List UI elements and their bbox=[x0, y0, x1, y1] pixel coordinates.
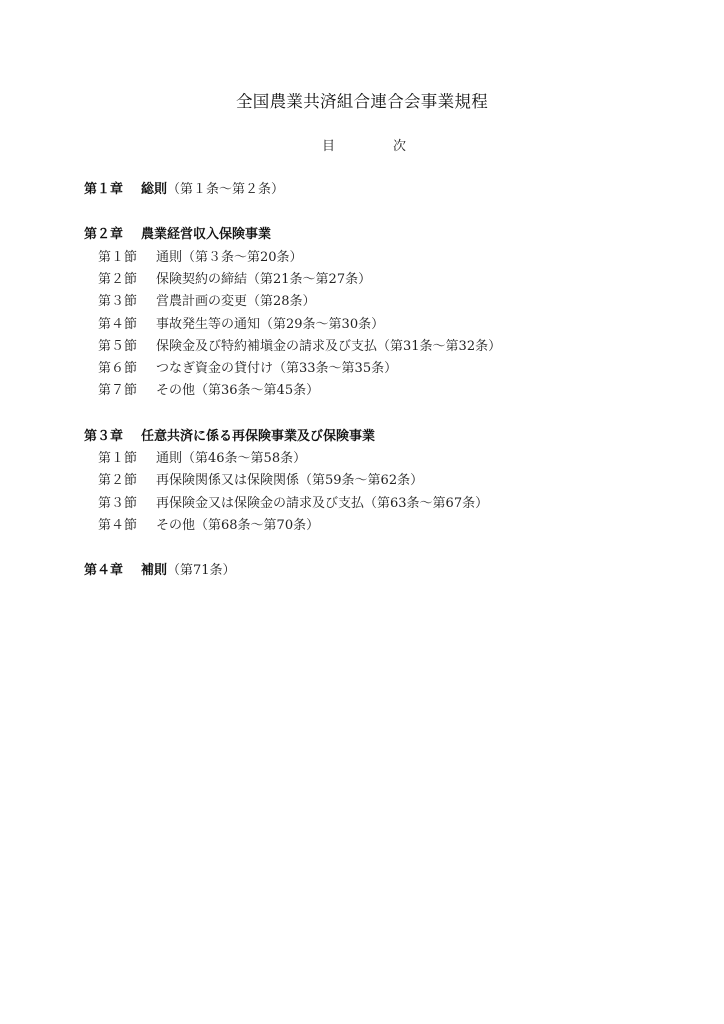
section-title: 再保険金又は保険金の請求及び支払（第63条～第67条） bbox=[156, 496, 488, 511]
section-title: 保険金及び特約補塡金の請求及び支払（第31条～第32条） bbox=[156, 339, 501, 354]
chapter-name: 任意共済に係る再保険事業及び保険事業 bbox=[141, 429, 375, 444]
chapter-2: 第２章農業経営収入保険事業 bbox=[84, 223, 271, 242]
chapter-3: 第３章任意共済に係る再保険事業及び保険事業 bbox=[84, 425, 375, 444]
section-number: 第４節 bbox=[98, 313, 156, 332]
section-number: 第７節 bbox=[98, 379, 156, 398]
section-item: 第２節再保険関係又は保険関係（第59条～第62条） bbox=[98, 469, 423, 488]
section-title: 事故発生等の通知（第29条～第30条） bbox=[156, 317, 384, 332]
chapter-number: 第３章 bbox=[84, 425, 141, 444]
section-item: 第１節通則（第３条～第20条） bbox=[98, 246, 303, 265]
section-title: 保険契約の締結（第21条～第27条） bbox=[156, 272, 371, 287]
chapter-name: 農業経営収入保険事業 bbox=[141, 227, 271, 242]
chapter-range: （第71条） bbox=[167, 563, 236, 578]
section-item: 第５節保険金及び特約補塡金の請求及び支払（第31条～第32条） bbox=[98, 335, 501, 354]
chapter-range: （第１条～第２条） bbox=[167, 182, 284, 197]
section-item: 第１節通則（第46条～第58条） bbox=[98, 447, 306, 466]
section-title: 営農計画の変更（第28条） bbox=[156, 294, 316, 309]
section-number: 第２節 bbox=[98, 469, 156, 488]
section-number: 第３節 bbox=[98, 492, 156, 511]
section-item: 第６節つなぎ資金の貸付け（第33条～第35条） bbox=[98, 357, 397, 376]
section-number: 第４節 bbox=[98, 514, 156, 533]
section-item: 第４節その他（第68条～第70条） bbox=[98, 514, 319, 533]
chapter-number: 第４章 bbox=[84, 559, 141, 578]
section-number: 第１節 bbox=[98, 246, 156, 265]
chapter-name: 総則 bbox=[141, 182, 167, 197]
chapter-1: 第１章総則（第１条～第２条） bbox=[84, 178, 284, 197]
section-number: 第５節 bbox=[98, 335, 156, 354]
section-item: 第３節再保険金又は保険金の請求及び支払（第63条～第67条） bbox=[98, 492, 488, 511]
toc-heading-char-1: 目 bbox=[322, 139, 335, 154]
section-item: 第２節保険契約の締結（第21条～第27条） bbox=[98, 268, 371, 287]
section-number: 第２節 bbox=[98, 268, 156, 287]
toc-heading: 目次 bbox=[322, 135, 406, 154]
chapter-4: 第４章補則（第71条） bbox=[84, 559, 236, 578]
section-number: 第１節 bbox=[98, 447, 156, 466]
chapter-number: 第２章 bbox=[84, 223, 141, 242]
document-title: 全国農業共済組合連合会事業規程 bbox=[0, 88, 724, 112]
section-title: つなぎ資金の貸付け（第33条～第35条） bbox=[156, 361, 397, 376]
chapter-number: 第１章 bbox=[84, 178, 141, 197]
section-item: 第７節その他（第36条～第45条） bbox=[98, 379, 319, 398]
section-title: その他（第68条～第70条） bbox=[156, 518, 319, 533]
toc-heading-char-2: 次 bbox=[393, 139, 406, 154]
section-number: 第３節 bbox=[98, 290, 156, 309]
section-title: 通則（第46条～第58条） bbox=[156, 451, 306, 466]
section-item: 第４節事故発生等の通知（第29条～第30条） bbox=[98, 313, 384, 332]
chapter-name: 補則 bbox=[141, 563, 167, 578]
section-item: 第３節営農計画の変更（第28条） bbox=[98, 290, 316, 309]
section-number: 第６節 bbox=[98, 357, 156, 376]
section-title: その他（第36条～第45条） bbox=[156, 383, 319, 398]
section-title: 再保険関係又は保険関係（第59条～第62条） bbox=[156, 473, 423, 488]
section-title: 通則（第３条～第20条） bbox=[156, 250, 303, 265]
